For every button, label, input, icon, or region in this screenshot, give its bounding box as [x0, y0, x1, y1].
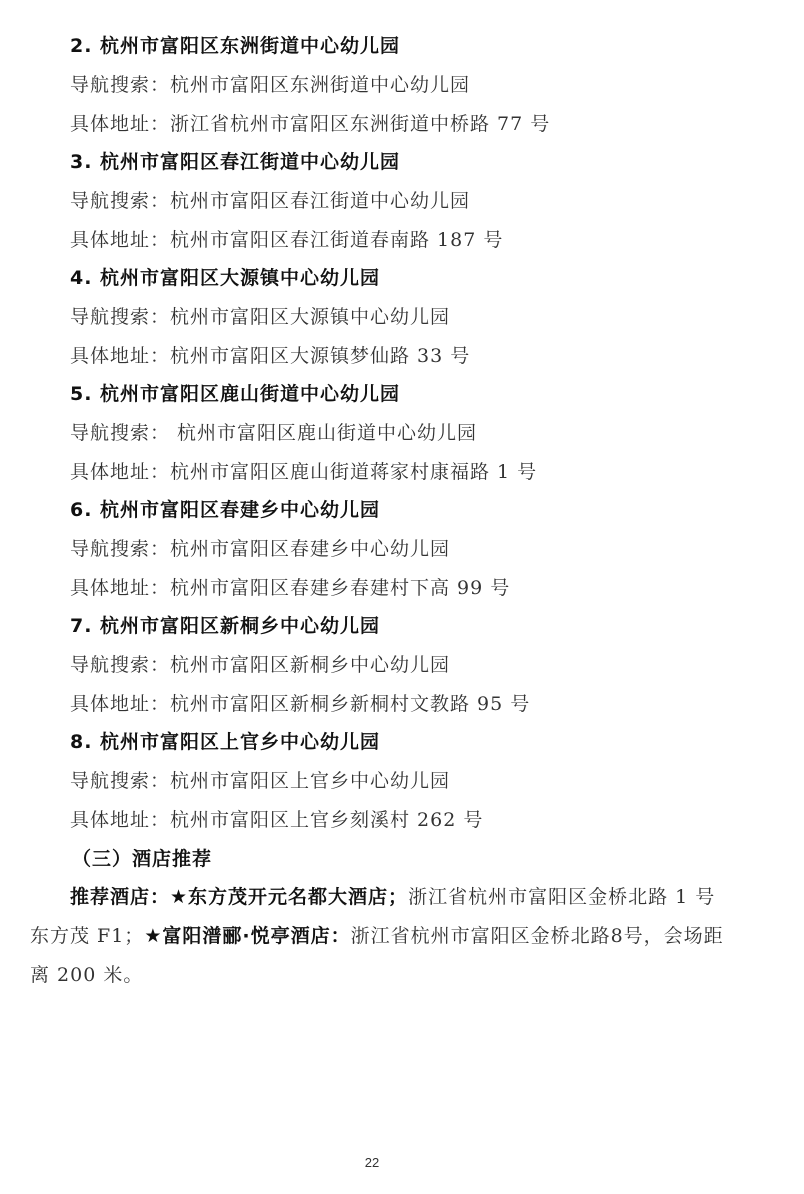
page-number: 22 [0, 1155, 744, 1170]
kindergarten-address: 具体地址：杭州市富阳区春建乡春建村下高 99 号 [70, 575, 510, 601]
document-page: 2. 杭州市富阳区东洲街道中心幼儿园 导航搜索：杭州市富阳区东洲街道中心幼儿园 … [0, 0, 804, 1194]
kindergarten-nav: 导航搜索：杭州市富阳区上官乡中心幼儿园 [70, 768, 450, 794]
kindergarten-title: 5. 杭州市富阳区鹿山街道中心幼儿园 [70, 381, 400, 407]
kindergarten-address: 具体地址：杭州市富阳区鹿山街道蒋家村康福路 1 号 [70, 459, 537, 485]
kindergarten-nav: 导航搜索：杭州市富阳区春建乡中心幼儿园 [70, 536, 450, 562]
hotel-paragraph: 推荐酒店：★东方茂开元名都大酒店；浙江省杭州市富阳区金桥北路 1 号东方茂 F1… [30, 878, 730, 995]
kindergarten-address: 具体地址：杭州市富阳区新桐乡新桐村文教路 95 号 [70, 691, 530, 717]
hotel-label: 推荐酒店： [70, 886, 170, 908]
kindergarten-title: 3. 杭州市富阳区春江街道中心幼儿园 [70, 149, 400, 175]
kindergarten-title: 6. 杭州市富阳区春建乡中心幼儿园 [70, 497, 380, 523]
hotel-section-heading: （三）酒店推荐 [72, 846, 212, 872]
kindergarten-address: 具体地址：杭州市富阳区春江街道春南路 187 号 [70, 227, 503, 253]
kindergarten-nav: 导航搜索：杭州市富阳区大源镇中心幼儿园 [70, 304, 450, 330]
kindergarten-address: 具体地址：杭州市富阳区上官乡刻溪村 262 号 [70, 807, 483, 833]
kindergarten-nav: 导航搜索：杭州市富阳区春江街道中心幼儿园 [70, 188, 470, 214]
kindergarten-title: 8. 杭州市富阳区上官乡中心幼儿园 [70, 729, 380, 755]
kindergarten-nav: 导航搜索：杭州市富阳区东洲街道中心幼儿园 [70, 72, 470, 98]
kindergarten-nav: 导航搜索：杭州市富阳区新桐乡中心幼儿园 [70, 652, 450, 678]
kindergarten-address: 具体地址：浙江省杭州市富阳区东洲街道中桥路 77 号 [70, 111, 550, 137]
kindergarten-title: 2. 杭州市富阳区东洲街道中心幼儿园 [70, 33, 400, 59]
hotel-2-name: ★富阳潽郦·悦亭酒店： [144, 925, 350, 947]
kindergarten-title: 7. 杭州市富阳区新桐乡中心幼儿园 [70, 613, 380, 639]
kindergarten-nav: 导航搜索： 杭州市富阳区鹿山街道中心幼儿园 [70, 420, 477, 446]
hotel-1-name: ★东方茂开元名都大酒店； [170, 886, 408, 908]
kindergarten-address: 具体地址：杭州市富阳区大源镇梦仙路 33 号 [70, 343, 470, 369]
kindergarten-title: 4. 杭州市富阳区大源镇中心幼儿园 [70, 265, 380, 291]
